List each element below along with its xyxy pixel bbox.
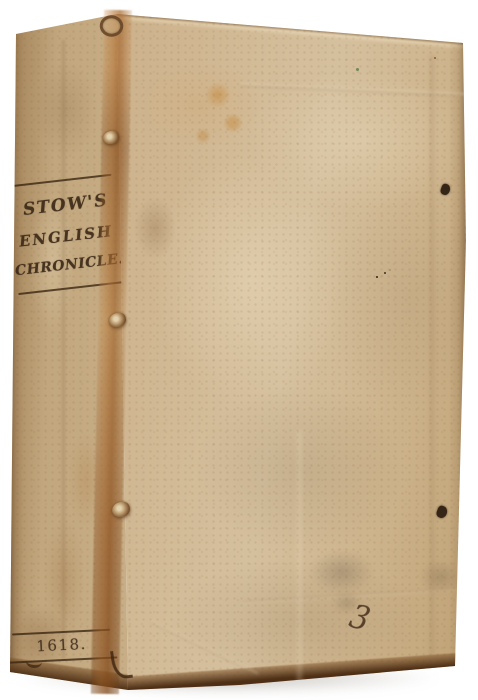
cover-crease bbox=[297, 430, 302, 690]
green-speck bbox=[356, 68, 359, 71]
spine-back-joint-shade bbox=[8, 28, 23, 678]
ink-smudge bbox=[310, 550, 374, 594]
rust-speck bbox=[434, 57, 436, 59]
dark-specks bbox=[376, 276, 378, 278]
spine-crease bbox=[62, 40, 65, 660]
photo-stage: STOW'S ENGLISH CHRONICLE. 1618. 3 bbox=[0, 0, 478, 700]
ink-smudge bbox=[420, 560, 462, 594]
